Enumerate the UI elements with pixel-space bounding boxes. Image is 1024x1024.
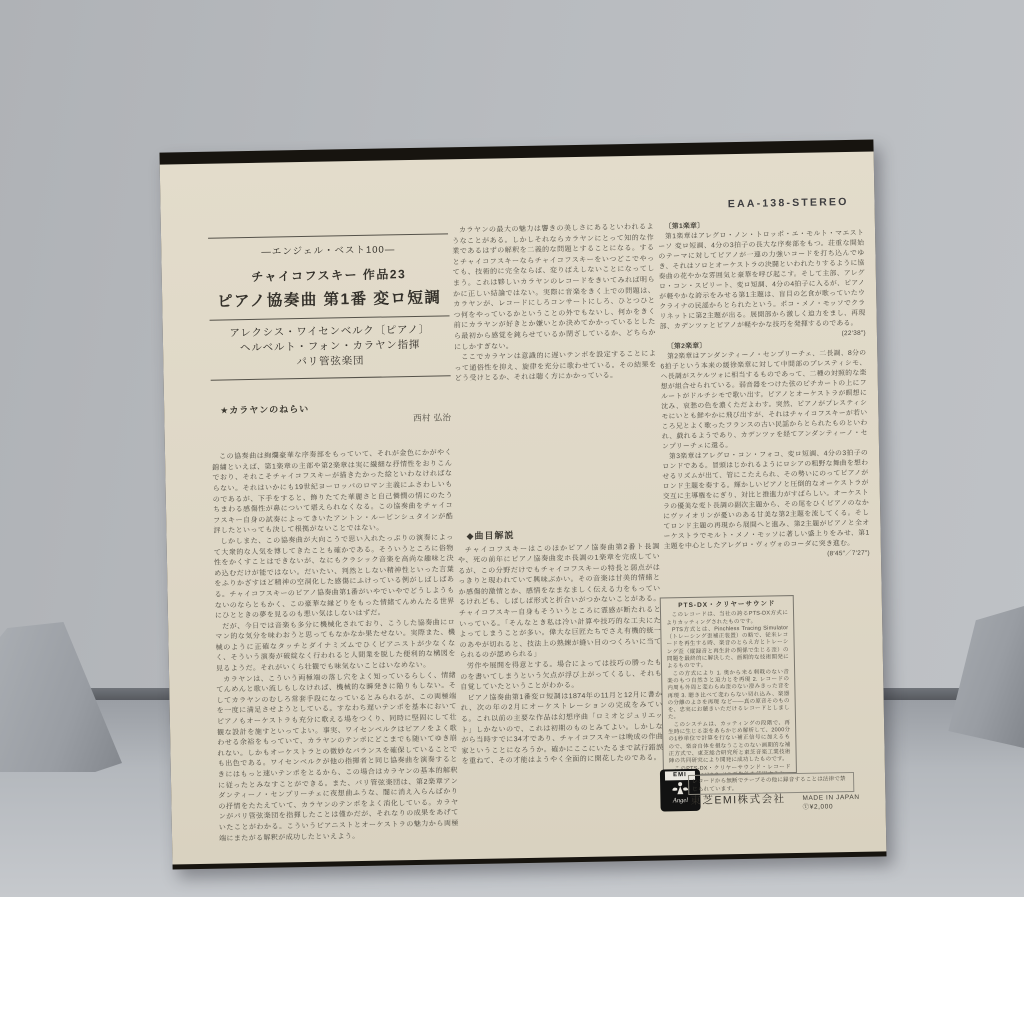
movement-2-description: 第2楽章はアンダンティーノ・センプリーチェ、二長調、8分の6拍子という本来の緩徐… <box>660 349 868 453</box>
work-title: ピアノ協奏曲 第1番 変ロ短調 <box>209 285 449 311</box>
rule-mid <box>210 315 450 320</box>
photo-area: EAA-138-STEREO ―エンジェル・ベスト100― チャイコフスキー 作… <box>0 0 1024 897</box>
made-in-price: MADE IN JAPAN Ⓣ¥2,000 <box>802 793 882 810</box>
paragraph: カラヤンの最大の魅力は響きの美しさにあるといわれるようなことがある。しかしそれな… <box>452 223 656 354</box>
label-footer: EMI Angel レコードから無断でテープその他に録音することは法律で禁じられ… <box>660 763 883 817</box>
right-text-column: 〔第1楽章〕 第1楽章はアレグロ・ノン・トロッポ・エ・モルト・マエストーソ 変ロ… <box>658 219 870 563</box>
paragraph: カラヤンは、こういう両極端の落し穴をよく知っているらしく、情緒てんめんと歌い流し… <box>216 671 459 845</box>
canvas-white-band <box>0 897 1024 1024</box>
paragraph: この方式により 1. 奥から来る刺戟のない音楽のもつ自然さと迫力とを再現 2. … <box>667 669 790 722</box>
record-sleeve: EAA-138-STEREO ―エンジェル・ベスト100― チャイコフスキー 作… <box>159 140 886 870</box>
movement-1-description: 第1楽章はアレグロ・ノン・トロッポ・エ・モルト・マエストーソ 変ロ短調、4分の3… <box>658 229 866 333</box>
left-column-body: この協奏曲は絢爛豪華な序奏部をもっていて、それが金色にかがやく錦繍といえば、第1… <box>212 448 459 844</box>
pts-dx-heading: PTS-DX・クリヤーサウンド <box>666 600 788 610</box>
rule-top <box>208 233 448 238</box>
paragraph: この協奏曲は絢爛豪華な序奏部をもっていて、それが金色にかがやく錦繍といえば、第1… <box>212 448 454 537</box>
catalog-number: EAA-138-STEREO <box>728 196 849 210</box>
paragraph: このシステムは、カッティングの段階で、再生時に生じる歪をあらかじめ解析して、20… <box>668 720 791 766</box>
pts-dx-info-box: PTS-DX・クリヤーサウンド このレコードは、当社の誇るPTS-DX方式により… <box>660 595 797 775</box>
middle-column-heading: ◆曲目解説 <box>457 527 659 541</box>
rule-bottom <box>211 375 451 380</box>
paragraph: ここでカラヤンは意識的に遅いテンポを設定することによって通俗性を抑え、旋律を充分… <box>454 350 657 385</box>
sleeve-back-face: EAA-138-STEREO ―エンジェル・ベスト100― チャイコフスキー 作… <box>160 152 887 865</box>
paragraph: ピアノ協奏曲第1番変ロ短調は1874年の11月と12月に書かれ、次の年の2月にオ… <box>460 690 663 768</box>
lp-back-cover-photo: EAA-138-STEREO ―エンジェル・ベスト100― チャイコフスキー 作… <box>0 0 1024 1024</box>
series-name: ―エンジェル・ベスト100― <box>208 240 448 258</box>
made-in-label: MADE IN JAPAN <box>802 794 859 802</box>
price-label: Ⓣ¥2,000 <box>803 803 834 811</box>
middle-text-column: カラヤンの最大の魅力は響きの美しさにあるといわれるようなことがある。しかしそれな… <box>452 223 664 769</box>
paragraph: しかしまた、この協奏曲が大向こうで思い入れたっぷりの演奏によって大衆的な人気を博… <box>214 533 456 622</box>
composer-line: チャイコフスキー 作品23 <box>209 264 449 285</box>
paragraph: チャイコフスキーはこのほかピアノ協奏曲第2番ト長調や、死の前年にピアノ協奏曲変ホ… <box>458 542 662 662</box>
paragraph: PTS方式とは、Pinchless Tracing Simulator（トレーシ… <box>666 625 789 671</box>
movement-3-description: 第3楽章はアレグロ・コン・フォコ、変ロ短調、4分の3拍子のロンドである。冒頭はじ… <box>662 449 870 553</box>
left-text-column: ★カラヤンのねらい 西村 弘治 この協奏曲は絢爛豪華な序奏部をもっていて、それが… <box>211 401 459 844</box>
right-stand-foot <box>938 606 1024 748</box>
angel-icon <box>671 781 689 797</box>
paragraph: だが、今日では音楽も多分に機械化されており、こうした協奏曲にロマン的な気分を味わ… <box>215 618 456 675</box>
performer-credits: アレクシス・ワイセンベルク〔ピアノ〕 ヘルベルト・フォン・カラヤン指揮 パリ管弦… <box>210 322 451 371</box>
title-block: ―エンジェル・ベスト100― チャイコフスキー 作品23 ピアノ協奏曲 第1番 … <box>208 233 451 386</box>
company-name: 東芝EMI株式会社 <box>690 791 785 808</box>
paragraph: 労作や展開を得意とする。場合によっては技巧の勝ったものを書いてしまうという欠点が… <box>460 659 663 694</box>
